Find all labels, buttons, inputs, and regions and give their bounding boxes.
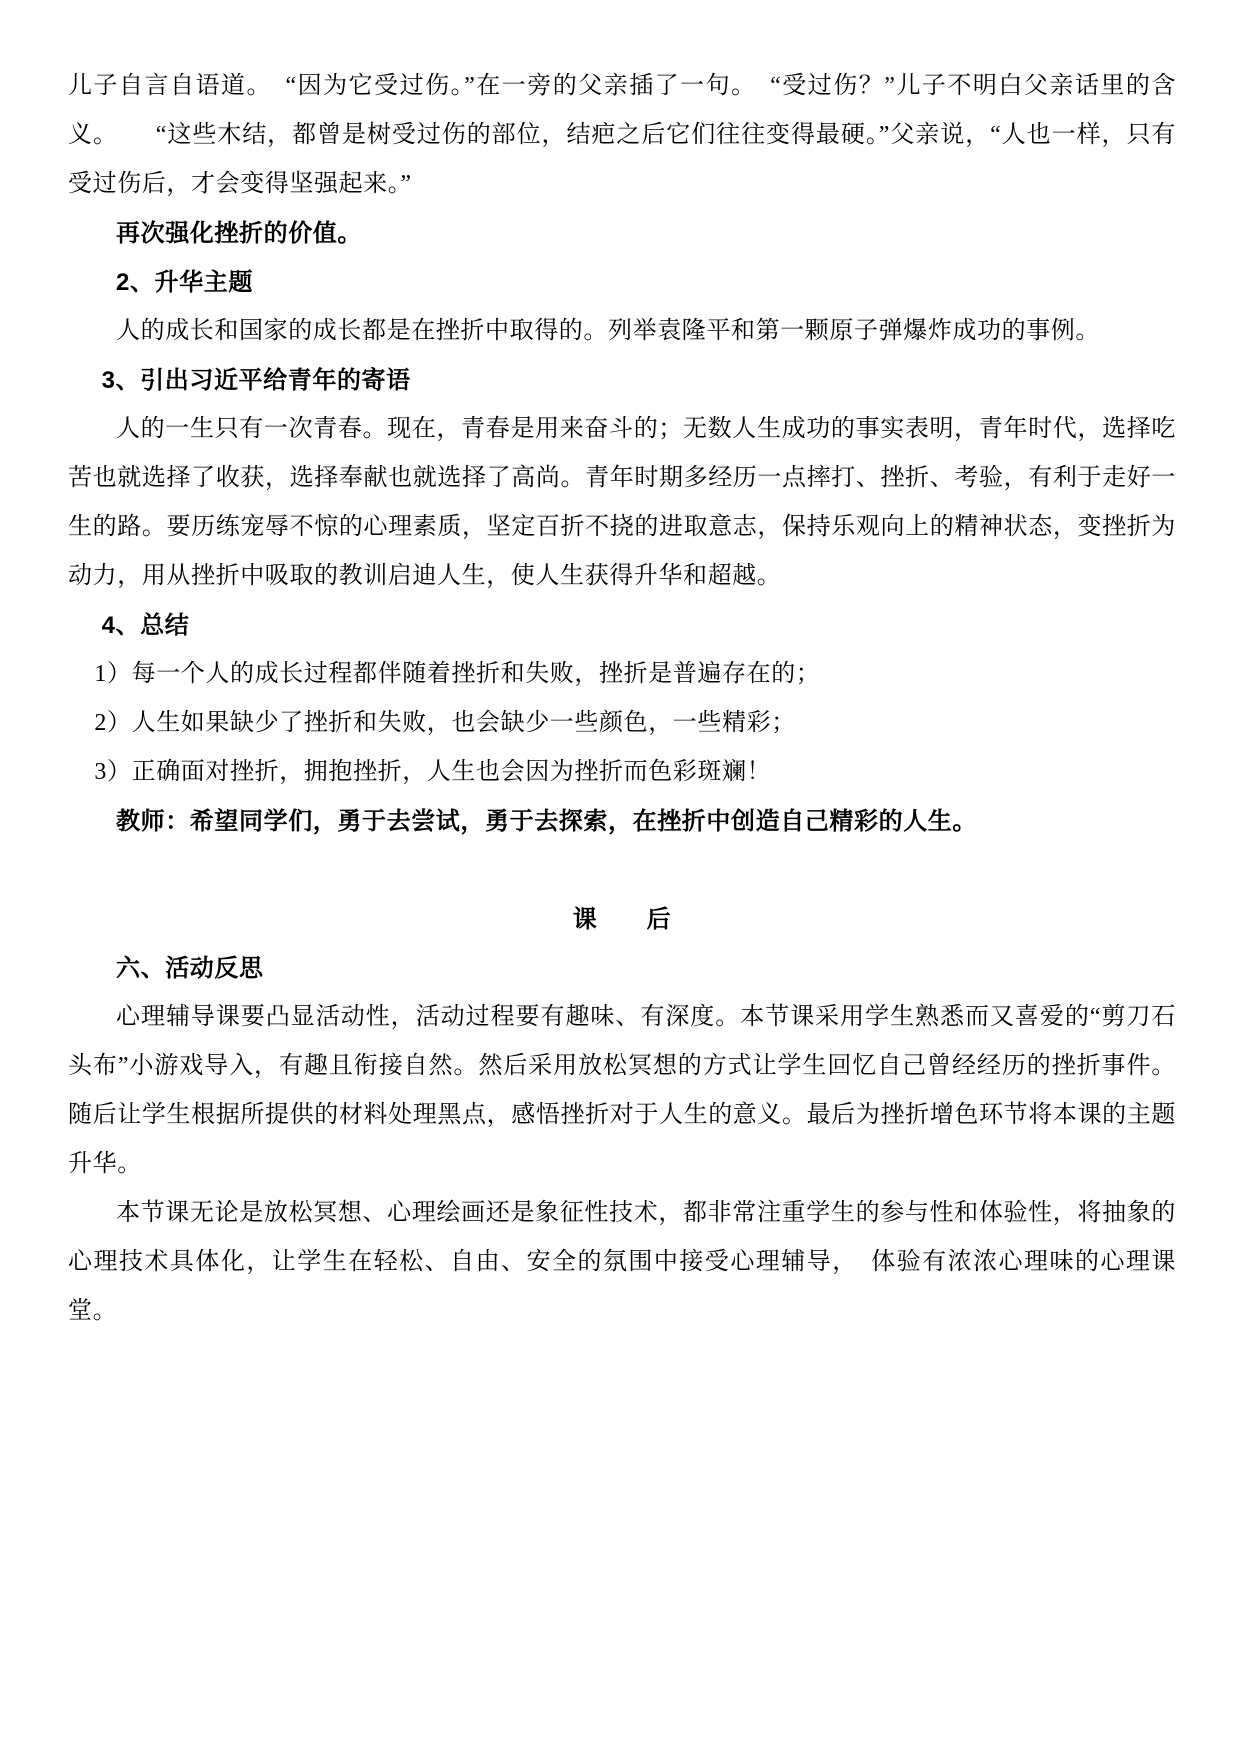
heading-step4-summary: 4、总结 — [68, 601, 1176, 650]
heading-section6-activity-reflection: 六、活动反思 — [68, 944, 1176, 993]
reflection-paragraph-1: 心理辅导课要凸显活动性，活动过程要有趣味、有深度。本节课采用学生熟悉而又喜爱的“… — [68, 993, 1176, 1189]
summary-item-1: 1）每一个人的成长过程都伴随着挫折和失败，挫折是普遍存在的； — [68, 650, 1176, 699]
emphasis-reinforce-setback-value: 再次强化挫折的价值。 — [68, 209, 1176, 258]
paragraph-story-continuation: 儿子自言自语道。 “因为它受过伤。”在一旁的父亲插了一句。 “受过伤？”儿子不明… — [68, 62, 1176, 209]
summary-item-2: 2）人生如果缺少了挫折和失败，也会缺少一些颜色，一些精彩； — [68, 699, 1176, 748]
heading-step2-sublimate-theme: 2、升华主题 — [68, 258, 1176, 307]
section-divider-after-class: 课 后 — [68, 895, 1176, 944]
reflection-paragraph-2: 本节课无论是放松冥想、心理绘画还是象征性技术，都非常注重学生的参与性和体验性，将… — [68, 1189, 1176, 1336]
teacher-closing-line: 教师：希望同学们，勇于去尝试，勇于去探索，在挫折中创造自己精彩的人生。 — [68, 797, 1176, 846]
heading-step3-youth-message: 3、引出习近平给青年的寄语 — [68, 356, 1176, 405]
paragraph-youth-message: 人的一生只有一次青春。现在，青春是用来奋斗的；无数人生成功的事实表明，青年时代，… — [68, 405, 1176, 601]
paragraph-growth-examples: 人的成长和国家的成长都是在挫折中取得的。列举袁隆平和第一颗原子弹爆炸成功的事例。 — [68, 307, 1176, 356]
blank-line — [68, 846, 1176, 895]
document-page: 儿子自言自语道。 “因为它受过伤。”在一旁的父亲插了一句。 “受过伤？”儿子不明… — [0, 0, 1240, 1753]
summary-item-3: 3）正确面对挫折，拥抱挫折，人生也会因为挫折而色彩斑斓！ — [68, 748, 1176, 797]
